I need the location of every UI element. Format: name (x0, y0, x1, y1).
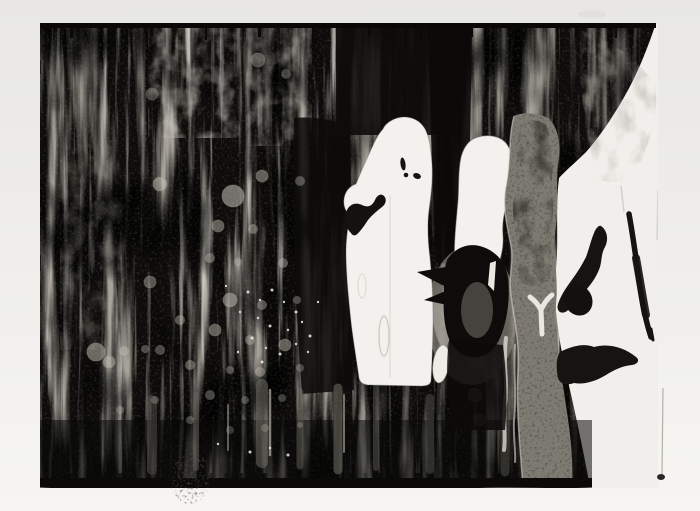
bubble-ring (241, 396, 249, 404)
bubble-ring (146, 88, 158, 100)
bubble-ring (87, 343, 105, 361)
sparkle-dot (287, 329, 289, 331)
bubble-ring (222, 185, 244, 207)
sparkle-dot (237, 351, 239, 353)
bubble-ring (103, 356, 115, 368)
bubble-ring (293, 296, 301, 304)
bubble-ring (256, 170, 268, 182)
dog-below-mass (447, 340, 506, 430)
sparkle-dot (295, 311, 298, 314)
stipple-overflow (170, 452, 210, 504)
sparkle-dot (225, 285, 227, 287)
bubble-ring (234, 258, 242, 266)
ghost-arm-blob (348, 224, 356, 232)
bubble-ring (223, 293, 237, 307)
plate-line-dot (657, 474, 665, 480)
sparkle-dot (317, 301, 319, 303)
bubble-ring (141, 345, 149, 353)
bubble-ring (248, 224, 258, 234)
sparkle-dot (279, 353, 282, 356)
bubble-ring (251, 53, 265, 67)
sparkle-dot (269, 325, 272, 328)
bubble-ring (281, 69, 291, 79)
bubble-ring (209, 324, 221, 336)
paper-smudge (578, 10, 606, 18)
bubble-ring (297, 422, 303, 428)
bubble-ring (245, 335, 255, 345)
sparkle-dot (307, 351, 309, 353)
scratch-mark-2 (657, 190, 658, 240)
sparkle-dot (261, 361, 264, 364)
dog-gray-patch (461, 282, 493, 338)
bubble-ring (278, 258, 288, 268)
bubble-ring (119, 346, 129, 356)
bubble-ring (295, 176, 305, 186)
bubble-ring (212, 220, 224, 232)
small-tick-mark (651, 329, 653, 340)
sparkle-dot (251, 337, 254, 340)
sparkle-dot (247, 291, 250, 294)
sparkle-dot (295, 343, 297, 345)
bubble-ring (185, 360, 195, 370)
bubble-ring (144, 276, 156, 288)
sparkle-dot (239, 311, 241, 313)
print-artwork (0, 0, 700, 511)
sparkle-dot (259, 299, 261, 301)
bubble-ring (279, 339, 291, 351)
sparkle-dot (271, 289, 274, 292)
column-left-gap-2 (514, 345, 515, 462)
bubble-ring (226, 426, 234, 434)
sparkle-dot (301, 321, 303, 323)
bubble-ring (257, 300, 267, 310)
sparkle-dot (287, 454, 290, 457)
bubble-ring (151, 396, 159, 404)
sparkle-dot (283, 301, 285, 303)
bubble-ring (186, 416, 194, 424)
bubble-ring (155, 345, 165, 355)
ink-solid-left-of-ghost (293, 117, 354, 394)
sparkle-dot (265, 347, 267, 349)
sparkle-dot (257, 317, 259, 319)
bubble-ring (175, 315, 185, 325)
bubble-ring (261, 424, 269, 432)
sparkle-dot (249, 451, 252, 454)
sparkle-dot (309, 335, 312, 338)
bubble-ring (255, 367, 265, 377)
print-area (36, 23, 658, 491)
sparkle-dot (269, 447, 271, 449)
sparkle-dot (217, 443, 219, 445)
bubble-ring (116, 406, 124, 414)
bubble-ring (278, 394, 286, 402)
top-edge-line (40, 23, 656, 28)
bubble-ring (153, 177, 167, 191)
bubble-ring (296, 364, 304, 372)
bubble-ring (226, 366, 234, 374)
artwork-photo (0, 0, 700, 511)
bubble-ring (205, 390, 215, 400)
bubble-ring (205, 253, 215, 263)
